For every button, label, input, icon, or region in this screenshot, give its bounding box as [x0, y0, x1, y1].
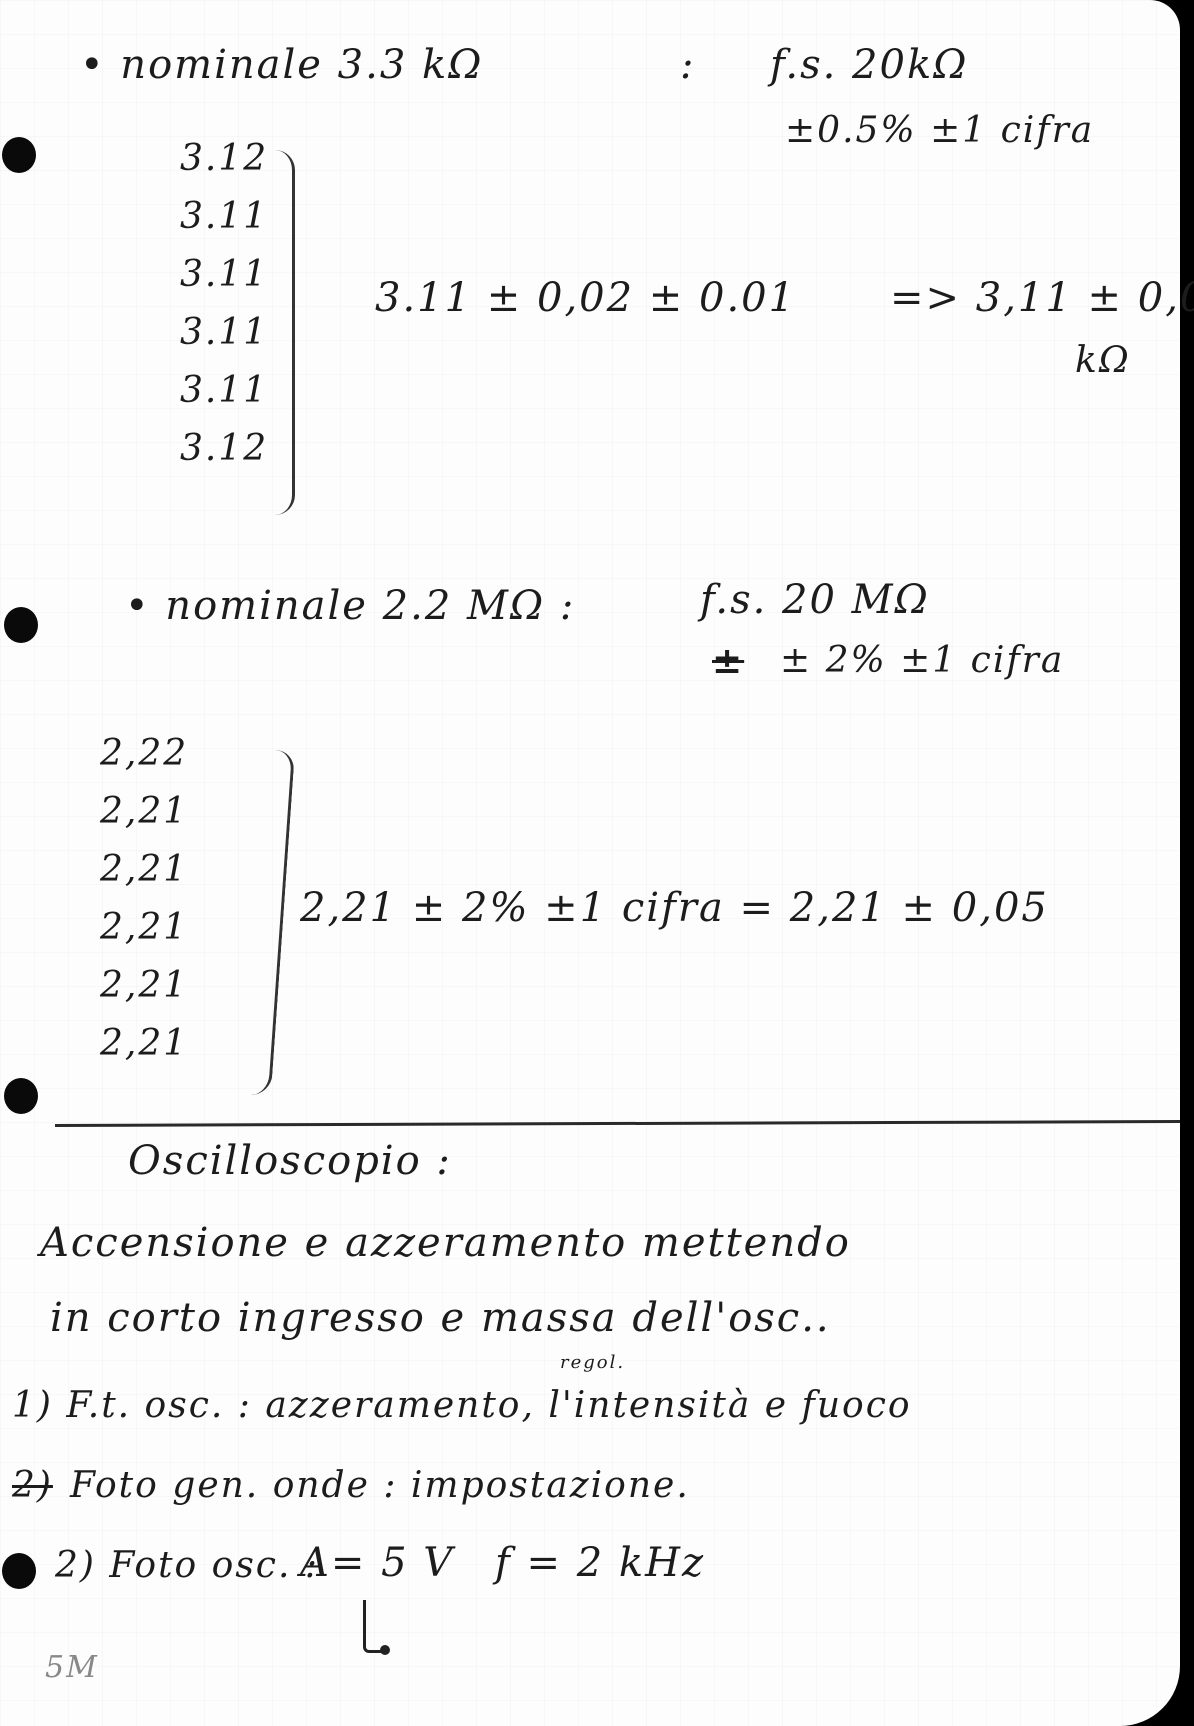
- resistor-1-accuracy: ±0.5% ±1 cifra: [785, 110, 1094, 151]
- oscilloscope-title: Oscilloscopio :: [128, 1138, 452, 1184]
- reading: 3.12: [180, 130, 268, 188]
- punch-hole-3: [4, 1078, 38, 1114]
- reading: 3.11: [180, 246, 268, 304]
- resistor-1-readings: 3.12 3.11 3.11 3.11 3.11 3.12: [180, 130, 268, 478]
- reading: 3.11: [180, 188, 268, 246]
- resistor-1-final: => 3,11 ± 0,03: [890, 275, 1194, 321]
- punch-hole-2: [4, 607, 38, 643]
- notebook-page: • nominale 3.3 kΩ : f.s. 20kΩ ±0.5% ±1 c…: [0, 0, 1180, 1726]
- reading: 3.11: [180, 362, 268, 420]
- oscilloscope-step-1: 1) F.t. osc. : azzeramento, l'intensità …: [12, 1385, 912, 1426]
- oscilloscope-line-1: Accensione e azzeramento mettendo: [40, 1220, 851, 1266]
- reading: 2,21: [100, 841, 188, 899]
- oscilloscope-step-2-frequency: f = 2 kHz: [495, 1540, 705, 1586]
- arrow-head-icon: [380, 1645, 390, 1655]
- resistor-2-readings: 2,22 2,21 2,21 2,21 2,21 2,21: [100, 725, 188, 1073]
- reading: 2,22: [100, 725, 188, 783]
- reading: 2,21: [100, 957, 188, 1015]
- resistor-2-result: 2,21 ± 2% ±1 cifra = 2,21 ± 0,05: [300, 885, 1049, 931]
- punch-hole-1: [2, 137, 36, 173]
- resistor-1-result: 3.11 ± 0,02 ± 0.01: [375, 275, 796, 321]
- oscilloscope-step-gen: Foto gen. onde : impostazione.: [70, 1465, 690, 1506]
- resistor-1-final-unit: kΩ: [1075, 340, 1131, 381]
- oscilloscope-step-2-label: 2) Foto osc. :: [55, 1545, 319, 1586]
- reading: 2,21: [100, 899, 188, 957]
- resistor-2-accuracy: ± 2% ±1 cifra: [780, 640, 1064, 681]
- oscilloscope-line-2: in corto ingresso e massa dell'osc..: [50, 1295, 831, 1341]
- reading: 2,21: [100, 1015, 188, 1073]
- resistor-1-separator: :: [680, 42, 695, 88]
- punch-hole-4: [2, 1553, 36, 1589]
- resistor-1-heading: • nominale 3.3 kΩ: [80, 42, 483, 88]
- oscilloscope-annotation: regol.: [560, 1352, 625, 1373]
- resistor-2-heading: • nominale 2.2 MΩ :: [125, 583, 575, 629]
- reading: 3.11: [180, 304, 268, 362]
- reading: 3.12: [180, 420, 268, 478]
- resistor-2-full-scale: f.s. 20 MΩ: [700, 577, 930, 623]
- resistor-1-full-scale: f.s. 20kΩ: [770, 42, 968, 88]
- oscilloscope-step-gen-struck: 2): [12, 1465, 53, 1506]
- resistor-2-crossed-out: ±: [712, 640, 744, 682]
- brace-1: [270, 150, 295, 515]
- brace-2: [218, 750, 295, 1095]
- reading: 2,21: [100, 783, 188, 841]
- oscilloscope-step-2-amplitude: A= 5 V: [300, 1540, 454, 1586]
- section-divider: [55, 1120, 1180, 1127]
- margin-note: 5M: [45, 1650, 99, 1685]
